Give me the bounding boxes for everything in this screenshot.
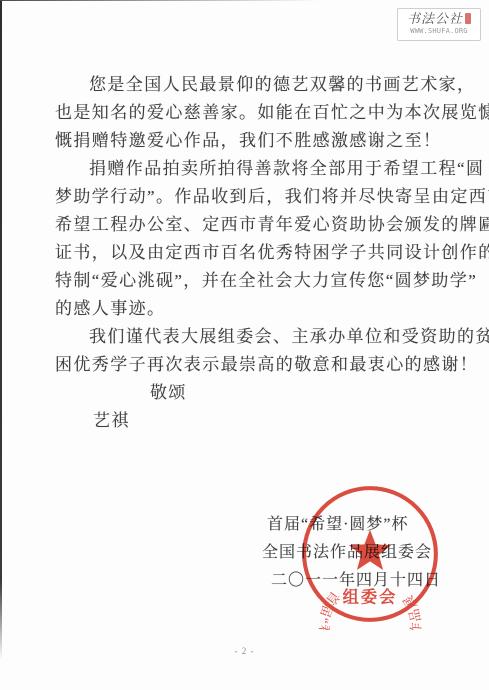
letter-line: 证书，以及由定西市百名优秀特困学子共同设计创作的 (55, 239, 489, 267)
letter-line: 您是全国人民最景仰的德艺双馨的书画艺术家， (55, 71, 489, 99)
scanned-letter-page: 书法公社 WWW.SHUFA.ORG 您是全国人民最景仰的德艺双馨的书画艺术家，… (0, 0, 489, 690)
letter-line: 也是知名的爱心慈善家。如能在百忙之中为本次展览慷 (55, 99, 489, 127)
letter-line: 梦助学行动”。作品收到后，我们将并尽快寄呈由定西市 (55, 183, 489, 211)
watermark-row: 书法公社 (398, 12, 480, 25)
letter-line: 希望工程办公室、定西市青年爱心资助协会颁发的牌匾、 (55, 211, 489, 239)
closing-salute: 敬颂 (55, 379, 489, 407)
letter-line: 特制“爱心洮砚”，并在全社会大力宣传您“圆梦助学” (55, 267, 489, 295)
letter-line: 捐赠作品拍卖所拍得善款将全部用于希望工程“圆 (55, 155, 489, 183)
letter-line: 困优秀学子再次表示最崇高的敬意和最衷心的感谢！ (55, 351, 489, 379)
shufa-watermark: 书法公社 WWW.SHUFA.ORG (397, 8, 481, 41)
scan-edge-artifact-top (0, 0, 320, 1)
letter-body: 您是全国人民最景仰的德艺双馨的书画艺术家， 也是知名的爱心慈善家。如能在百忙之中… (55, 71, 489, 435)
watermark-site-name: 书法公社 (407, 12, 463, 25)
organization-seal: 首届“希望·圆梦”杯全国书法作品展 组委会 (294, 478, 446, 630)
letter-line: 的感人事迹。 (55, 295, 489, 323)
watermark-site-url: WWW.SHUFA.ORG (398, 28, 480, 35)
closing-wish: 艺祺 (55, 407, 489, 435)
seal-bottom-text: 组委会 (343, 588, 398, 607)
letter-line: 慨捐赠特邀爱心作品，我们不胜感激感谢之至！ (55, 127, 489, 155)
seal-star-icon (349, 530, 391, 570)
page-number: - 2 - (0, 646, 489, 656)
letter-line: 我们谨代表大展组委会、主承办单位和受资助的贫 (55, 323, 489, 351)
watermark-seal-icon (465, 13, 471, 24)
scan-edge-artifact-left (0, 0, 2, 660)
